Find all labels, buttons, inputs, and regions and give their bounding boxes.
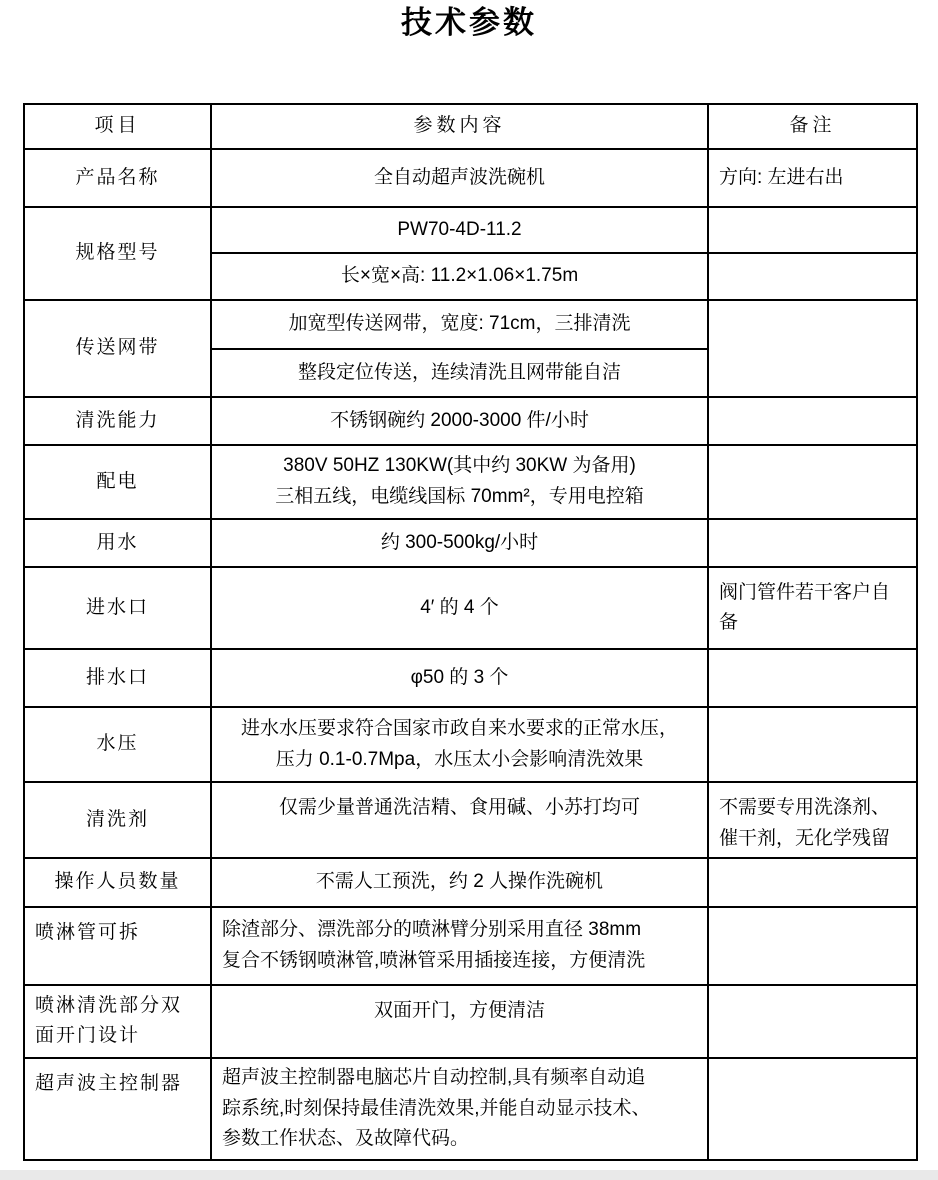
row-remark-empty xyxy=(708,649,917,707)
table-row: 配电 380V 50HZ 130KW(其中约 30KW 为备用) 三相五线，电缆… xyxy=(24,445,917,519)
row-remark-valves: 阀门管件若干客户自备 xyxy=(708,567,917,649)
header-remark: 备注 xyxy=(708,104,917,149)
table-row: 清洗剂 仅需少量普通洗洁精、食用碱、小苏打均可 不需要专用洗涤剂、催干剂，无化学… xyxy=(24,782,917,858)
table-row: 操作人员数量 不需人工预洗，约 2 人操作洗碗机 xyxy=(24,858,917,907)
table-row: 传送网带 加宽型传送网带，宽度: 71cm，三排清洗 xyxy=(24,300,917,349)
row-label-detergent: 清洗剂 xyxy=(24,782,211,858)
row-remark-empty xyxy=(708,253,917,300)
row-label-water-outlet: 排水口 xyxy=(24,649,211,707)
row-content-ultrasonic-controller: 超声波主控制器电脑芯片自动控制,具有频率自动追 踪系统,时刻保持最佳清洗效果,并… xyxy=(211,1058,708,1160)
row-content-power-supply: 380V 50HZ 130KW(其中约 30KW 为备用) 三相五线，电缆线国标… xyxy=(211,445,708,519)
page-title: 技术参数 xyxy=(0,0,938,41)
row-remark-empty xyxy=(708,207,917,253)
table-row: 排水口 φ50 的 3 个 xyxy=(24,649,917,707)
row-content-water-pressure: 进水水压要求符合国家市政自来水要求的正常水压， 压力 0.1-0.7Mpa，水压… xyxy=(211,707,708,782)
row-label-operators: 操作人员数量 xyxy=(24,858,211,907)
row-content-belt-width: 加宽型传送网带，宽度: 71cm，三排清洗 xyxy=(211,300,708,349)
row-label-washing-capacity: 清洗能力 xyxy=(24,397,211,445)
row-label-conveyor-belt: 传送网带 xyxy=(24,300,211,397)
row-label-product-name: 产品名称 xyxy=(24,149,211,207)
table-row: 喷淋清洗部分双面开门设计 双面开门，方便清洁 xyxy=(24,985,917,1058)
row-content-spray-pipe: 除渣部分、漂洗部分的喷淋臂分别采用直径 38mm 复合不锈钢喷淋管,喷淋管采用插… xyxy=(211,907,708,985)
spec-table: 项目 参数内容 备注 产品名称 全自动超声波洗碗机 方向: 左进右出 规格型号 … xyxy=(23,103,918,1161)
table-row: 进水口 4′ 的 4 个 阀门管件若干客户自备 xyxy=(24,567,917,649)
row-remark-empty xyxy=(708,397,917,445)
row-remark-empty xyxy=(708,300,917,397)
row-label-double-door: 喷淋清洗部分双面开门设计 xyxy=(24,985,211,1058)
row-content-operators: 不需人工预洗，约 2 人操作洗碗机 xyxy=(211,858,708,907)
page-bottom-edge xyxy=(0,1170,938,1180)
row-content-dimensions: 长×宽×高: 11.2×1.06×1.75m xyxy=(211,253,708,300)
row-remark-empty xyxy=(708,985,917,1058)
row-label-water-inlet: 进水口 xyxy=(24,567,211,649)
row-remark-empty xyxy=(708,1058,917,1160)
table-row: 超声波主控制器 超声波主控制器电脑芯片自动控制,具有频率自动追 踪系统,时刻保持… xyxy=(24,1058,917,1160)
row-label-power-supply: 配电 xyxy=(24,445,211,519)
row-content-washing-capacity: 不锈钢碗约 2000-3000 件/小时 xyxy=(211,397,708,445)
row-remark-direction: 方向: 左进右出 xyxy=(708,149,917,207)
table-row: 水压 进水水压要求符合国家市政自来水要求的正常水压， 压力 0.1-0.7Mpa… xyxy=(24,707,917,782)
row-content-model-number: PW70-4D-11.2 xyxy=(211,207,708,253)
row-content-double-door: 双面开门，方便清洁 xyxy=(211,985,708,1058)
table-row: 清洗能力 不锈钢碗约 2000-3000 件/小时 xyxy=(24,397,917,445)
table-row: 喷淋管可拆 除渣部分、漂洗部分的喷淋臂分别采用直径 38mm 复合不锈钢喷淋管,… xyxy=(24,907,917,985)
row-content-detergent: 仅需少量普通洗洁精、食用碱、小苏打均可 xyxy=(211,782,708,858)
row-label-water-usage: 用水 xyxy=(24,519,211,567)
row-remark-empty xyxy=(708,445,917,519)
row-content-water-inlet: 4′ 的 4 个 xyxy=(211,567,708,649)
row-content-water-usage: 约 300-500kg/小时 xyxy=(211,519,708,567)
header-content: 参数内容 xyxy=(211,104,708,149)
table-header-row: 项目 参数内容 备注 xyxy=(24,104,917,149)
row-label-model: 规格型号 xyxy=(24,207,211,300)
table-row: 产品名称 全自动超声波洗碗机 方向: 左进右出 xyxy=(24,149,917,207)
row-content-product-name: 全自动超声波洗碗机 xyxy=(211,149,708,207)
header-item: 项目 xyxy=(24,104,211,149)
row-content-water-outlet: φ50 的 3 个 xyxy=(211,649,708,707)
row-label-ultrasonic-controller: 超声波主控制器 xyxy=(24,1058,211,1160)
row-content-belt-transfer: 整段定位传送，连续清洗且网带能自洁 xyxy=(211,349,708,397)
table-row: 规格型号 PW70-4D-11.2 xyxy=(24,207,917,253)
row-remark-empty xyxy=(708,858,917,907)
row-remark-empty xyxy=(708,907,917,985)
table-row: 用水 约 300-500kg/小时 xyxy=(24,519,917,567)
row-remark-detergent: 不需要专用洗涤剂、催干剂，无化学残留 xyxy=(708,782,917,858)
row-label-water-pressure: 水压 xyxy=(24,707,211,782)
row-label-spray-pipe: 喷淋管可拆 xyxy=(24,907,211,985)
row-remark-empty xyxy=(708,707,917,782)
row-remark-empty xyxy=(708,519,917,567)
